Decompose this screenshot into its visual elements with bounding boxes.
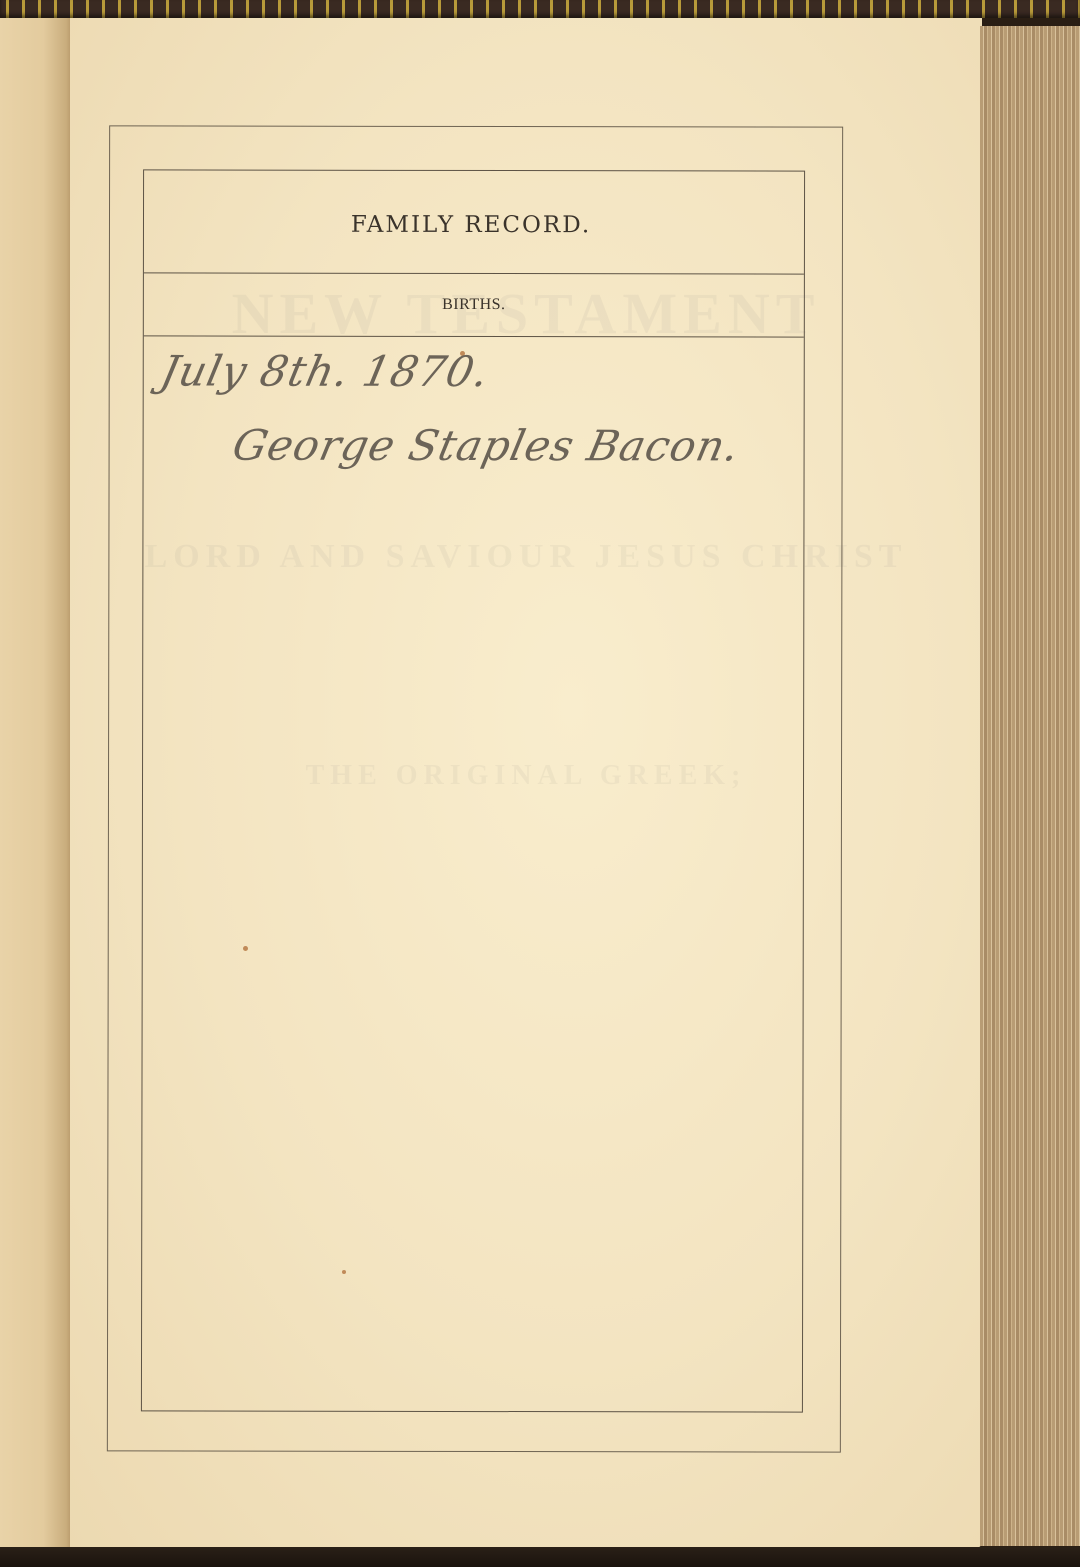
page-title: FAMILY RECORD. (351, 206, 591, 238)
section-heading: BIRTHS. (442, 296, 505, 314)
left-page-edge (0, 18, 72, 1548)
birth-entry: July 8th. 1870. George Staples Bacon. (154, 342, 794, 503)
book-top-edge (0, 0, 1080, 18)
handwritten-date: July 8th. 1870. (156, 346, 494, 396)
book-bottom-edge (0, 1547, 1080, 1567)
page-fore-edge (980, 26, 1080, 1546)
title-band: FAMILY RECORD. (144, 170, 804, 274)
handwritten-name: George Staples Bacon. (228, 421, 744, 471)
section-band: BIRTHS. (144, 273, 804, 337)
record-frame: FAMILY RECORD. BIRTHS. July 8th. 1870. G… (141, 169, 805, 1412)
